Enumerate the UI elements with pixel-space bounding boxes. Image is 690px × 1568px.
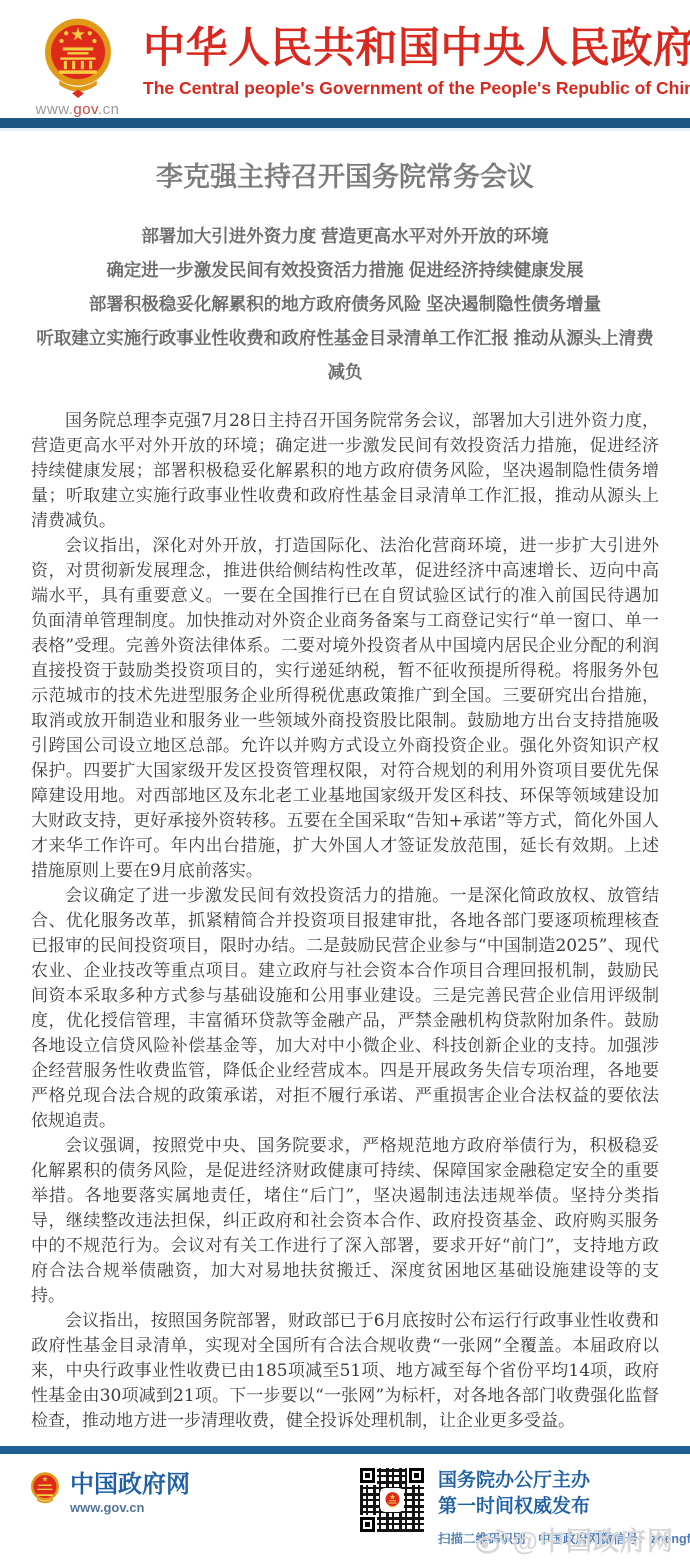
weibo-icon [475, 1526, 509, 1554]
qr-finder-pattern [409, 1468, 424, 1483]
url-cn: .cn [98, 101, 120, 118]
article-subheads: 部署加大引进外资力度 营造更高水平对外开放的环境 确定进一步激发民间有效投资活力… [31, 219, 659, 389]
qr-finder-pattern [360, 1468, 375, 1483]
article-paragraph: 会议确定了进一步激发民间有效投资活力的措施。一是深化简政放权、放管结合、优化服务… [31, 884, 659, 1134]
footer-site-url: www.gov.cn [70, 1500, 190, 1515]
footer-site-block: 中国政府网 www.gov.cn [30, 1468, 190, 1547]
watermark-text: @中国政府网 [513, 1521, 674, 1558]
qr-caption-line1: 国务院办公厅主办 [438, 1468, 690, 1494]
url-www: www. [36, 101, 74, 118]
site-header: www.gov.cn 中华人民共和国中央人民政府 The Central peo… [0, 0, 690, 118]
url-gov: gov [73, 101, 98, 118]
article-paragraph: 会议指出，按照国务院部署，财政部已于6月底按时公布运行行政事业性收费和政府性基金… [31, 1309, 659, 1434]
national-emblem-icon [42, 18, 114, 98]
footer-site-name: 中国政府网 [70, 1472, 190, 1498]
page: www.gov.cn 中华人民共和国中央人民政府 The Central peo… [0, 0, 690, 1568]
site-title-chinese: 中华人民共和国中央人民政府 [143, 24, 690, 72]
subhead-line: 确定进一步激发民间有效投资活力措施 促进经济持续健康发展 [31, 253, 659, 287]
wechat-qr-code [360, 1468, 424, 1532]
article-paragraph: 会议强调，按照党中央、国务院要求，严格规范地方政府举债行为，积极稳妥化解累积的债… [31, 1134, 659, 1309]
article-paragraph: 国务院总理李克强7月28日主持召开国务院常务会议，部署加大引进外资力度，营造更高… [31, 409, 659, 534]
national-emblem-icon [30, 1472, 60, 1506]
article-paragraph: 会议指出，深化对外开放，打造国际化、法治化营商环境，进一步扩大引进外资，对贯彻新… [31, 534, 659, 884]
header-site-url: www.gov.cn [30, 101, 125, 118]
subhead-line: 部署加大引进外资力度 营造更高水平对外开放的环境 [31, 219, 659, 253]
subhead-line: 听取建立实施行政事业性收费和政府性基金目录清单工作汇报 推动从源头上清费减负 [31, 321, 659, 389]
qr-center-emblem-icon [381, 1489, 403, 1511]
article: 李克强主持召开国务院常务会议 部署加大引进外资力度 营造更高水平对外开放的环境 … [0, 161, 690, 1434]
weibo-watermark: @中国政府网 [475, 1521, 674, 1558]
subhead-line: 部署积极稳妥化解累积的地方政府债务风险 坚决遏制隐性债务增量 [31, 287, 659, 321]
header-title-block: 中华人民共和国中央人民政府 The Central people's Gover… [125, 16, 690, 99]
footer-divider-bar [0, 1446, 690, 1454]
header-divider-bar [0, 118, 690, 131]
qr-caption-line2: 第一时间权威发布 [438, 1494, 690, 1520]
qr-finder-pattern [360, 1517, 375, 1532]
article-title: 李克强主持召开国务院常务会议 [31, 161, 659, 193]
site-title-english: The Central people's Government of the P… [143, 78, 690, 99]
article-body: 国务院总理李克强7月28日主持召开国务院常务会议，部署加大引进外资力度，营造更高… [31, 409, 659, 1434]
header-emblem-block: www.gov.cn [30, 16, 125, 118]
